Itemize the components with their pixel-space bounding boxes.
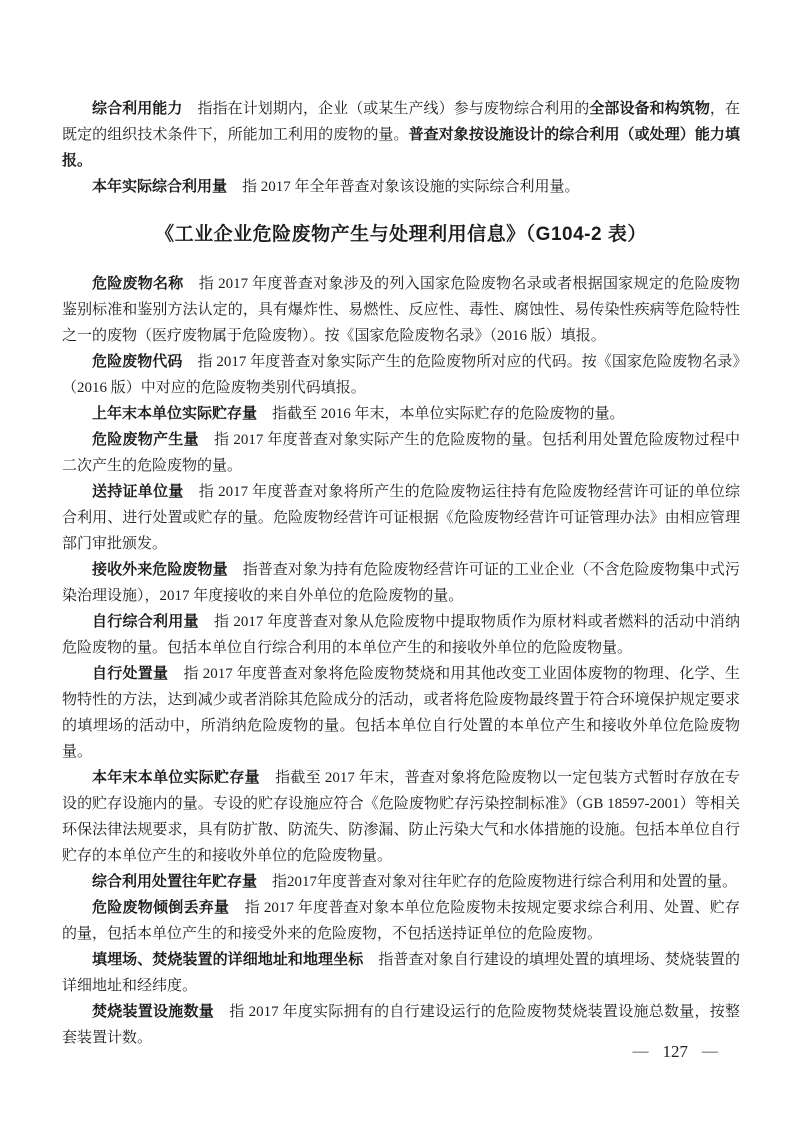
- intro-section: 综合利用能力 指指在计划期内，企业（或某生产线）参与废物综合利用的全部设备和构筑…: [62, 96, 740, 200]
- term-label: 危险废物倾倒丢弃量: [92, 899, 229, 916]
- term-label: 危险废物产生量: [92, 431, 199, 448]
- paragraph: 危险废物名称 指 2017 年度普查对象涉及的列入国家危险废物名录或者根据国家规…: [62, 271, 740, 349]
- paragraph: 填埋场、焚烧装置的详细地址和地理坐标 指普查对象自行建设的填埋处置的填埋场、焚烧…: [62, 947, 740, 999]
- paragraph: 危险废物产生量 指 2017 年度普查对象实际产生的危险废物的量。包括利用处置危…: [62, 427, 740, 479]
- body-text: 指 2017 年全年普查对象该设施的实际综合利用量。: [227, 179, 580, 195]
- text-content: 综合利用能力 指指在计划期内，企业（或某生产线）参与废物综合利用的全部设备和构筑…: [62, 96, 740, 1051]
- page-number-footer: — 127 —: [633, 1042, 719, 1062]
- paragraph: 危险废物倾倒丢弃量 指 2017 年度普查对象本单位危险废物未按规定要求综合利用…: [62, 895, 740, 947]
- body-text: 指截至 2016 年末，本单位实际贮存的危险废物的量。: [257, 406, 625, 422]
- paragraph: 危险废物代码 指 2017 年度普查对象实际产生的危险废物所对应的代码。按《国家…: [62, 349, 740, 401]
- paragraph: 送持证单位量 指 2017 年度普查对象将所产生的危险废物运往持有危险废物经营许…: [62, 479, 740, 557]
- paragraph: 综合利用能力 指指在计划期内，企业（或某生产线）参与废物综合利用的全部设备和构筑…: [62, 96, 740, 174]
- paragraph: 上年末本单位实际贮存量 指截至 2016 年末，本单位实际贮存的危险废物的量。: [62, 401, 740, 427]
- term-label: 危险废物名称: [92, 275, 184, 292]
- paragraph: 自行综合利用量 指 2017 年度普查对象从危险废物中提取物质作为原材料或者燃料…: [62, 609, 740, 661]
- body-text: 指指在计划期内，企业（或某生产线）参与废物综合利用的: [182, 101, 589, 117]
- term-label: 焚烧装置设施数量: [92, 1003, 214, 1020]
- footer-dash-left: —: [633, 1043, 649, 1061]
- term-label: 自行综合利用量: [92, 613, 199, 630]
- paragraph: 本年实际综合利用量 指 2017 年全年普查对象该设施的实际综合利用量。: [62, 174, 740, 200]
- term-label: 自行处置量: [92, 665, 168, 682]
- term-label: 上年末本单位实际贮存量: [92, 405, 257, 422]
- term-label: 填埋场、焚烧装置的详细地址和地理坐标: [92, 951, 363, 968]
- paragraph: 接收外来危险废物量 指普查对象为持有危险废物经营许可证的工业企业（不含危险废物集…: [62, 557, 740, 609]
- term-label: 综合利用处置往年贮存量: [92, 873, 257, 890]
- page-number: 127: [663, 1042, 689, 1062]
- term-label: 危险废物代码: [92, 353, 182, 370]
- definitions-section: 危险废物名称 指 2017 年度普查对象涉及的列入国家危险废物名录或者根据国家规…: [62, 271, 740, 1051]
- paragraph: 本年末本单位实际贮存量 指截至 2017 年末，普查对象将危险废物以一定包装方式…: [62, 765, 740, 869]
- document-page: 综合利用能力 指指在计划期内，企业（或某生产线）参与废物综合利用的全部设备和构筑…: [0, 0, 800, 1131]
- term-label: 送持证单位量: [92, 483, 184, 500]
- paragraph: 综合利用处置往年贮存量 指2017年度普查对象对往年贮存的危险废物进行综合利用和…: [62, 869, 740, 895]
- section-heading: 《工业企业危险废物产生与处理利用信息》（G104-2 表）: [62, 221, 740, 249]
- term-label: 全部设备和构筑物: [589, 100, 710, 117]
- footer-dash-right: —: [702, 1043, 718, 1061]
- body-text: 指2017年度普查对象对往年贮存的危险废物进行综合利用和处置的量。: [257, 874, 737, 890]
- term-label: 本年实际综合利用量: [92, 178, 227, 195]
- paragraph: 自行处置量 指 2017 年度普查对象将危险废物焚烧和用其他改变工业固体废物的物…: [62, 661, 740, 765]
- term-label: 综合利用能力: [92, 100, 182, 117]
- term-label: 接收外来危险废物量: [92, 561, 228, 578]
- term-label: 本年末本单位实际贮存量: [92, 769, 260, 786]
